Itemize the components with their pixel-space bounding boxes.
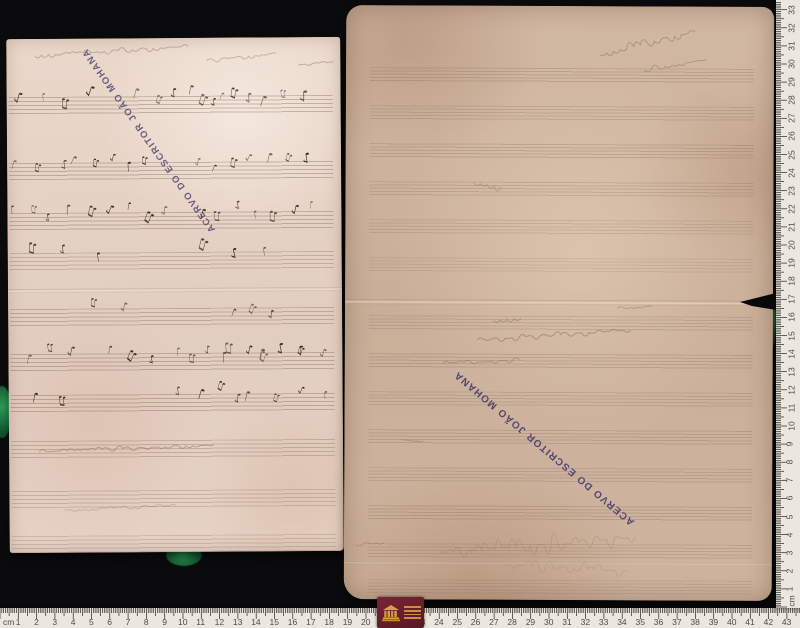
handwritten-note: ♪ [232, 198, 241, 210]
faint-handwriting [492, 311, 517, 327]
ruler-number: 33 [787, 5, 797, 14]
handwritten-note: ♪ [274, 339, 286, 355]
ruler-number: 2 [34, 617, 39, 627]
ruler-number: 2 [784, 568, 794, 573]
music-staff [12, 534, 336, 553]
music-staff [10, 352, 334, 371]
handwritten-note: ♩ [126, 159, 133, 172]
music-staff [369, 257, 753, 272]
handwritten-note: ♩ [65, 200, 72, 214]
ruler-number: 23 [787, 186, 797, 195]
ruler-number: 11 [786, 403, 796, 412]
music-staff [370, 143, 754, 158]
ruler-number: 10 [178, 617, 187, 627]
ruler-number: 3 [52, 617, 57, 627]
left-manuscript-page: ACERVO DO ESCRITOR JOÃO MOHANA ♪♩♫♪♩♫♪♩♫… [6, 37, 344, 553]
page-tear [725, 288, 785, 316]
handwritten-note: ♫ [140, 155, 150, 166]
handwritten-note: ♫ [211, 208, 224, 222]
music-staff [369, 353, 753, 368]
ruler-number: 34 [617, 617, 626, 627]
ruler-number: 25 [787, 150, 797, 159]
ruler-number: 3 [784, 550, 794, 555]
handwritten-note: ♫ [215, 379, 228, 393]
music-staff [369, 181, 753, 196]
handwritten-note: ♪ [173, 384, 183, 397]
music-staff [9, 211, 333, 230]
ruler-number: 38 [690, 617, 699, 627]
ruler-number: 30 [787, 59, 797, 68]
handwritten-note: ♪ [203, 344, 211, 355]
faint-handwriting [34, 40, 184, 61]
handwritten-note: ♫ [227, 155, 239, 169]
ruler-number: 32 [581, 617, 590, 627]
music-staff [369, 391, 753, 406]
music-staff [368, 467, 752, 482]
ruler-number: 27 [787, 114, 797, 123]
handwritten-note: ♫ [60, 96, 72, 110]
ruler-number: 24 [434, 617, 443, 627]
plaque-text-lines [404, 606, 421, 618]
music-staff [9, 161, 333, 180]
ruler-number: 9 [162, 617, 167, 627]
handwritten-note: ♩ [262, 245, 269, 257]
ruler-number: 9 [784, 442, 794, 447]
ruler-number: 35 [636, 617, 645, 627]
ruler-number: 31 [562, 617, 571, 627]
handwritten-note: ♪ [147, 352, 156, 364]
ruler-number: 25 [453, 617, 462, 627]
ruler-number: 11 [196, 617, 205, 627]
ruler-number: 30 [544, 617, 553, 627]
ruler-number: 15 [787, 331, 797, 340]
handwritten-note: ♪ [233, 392, 241, 405]
ruler-number: 43 [782, 617, 791, 627]
music-staff [10, 251, 334, 270]
handwritten-note: ♪ [267, 307, 274, 318]
music-staff [369, 219, 753, 234]
ruler-number: 8 [784, 460, 794, 465]
ruler-number: 26 [471, 617, 480, 627]
ruler-number: 12 [215, 617, 224, 627]
ruler-number: 7 [784, 478, 794, 483]
ruler-number: 42 [764, 617, 773, 627]
ruler-number: 17 [787, 295, 797, 304]
ruler-number: 16 [288, 617, 297, 627]
ruler-number: 18 [787, 276, 797, 285]
music-staff [368, 429, 752, 444]
music-staff [370, 67, 754, 82]
ruler-number: 29 [526, 617, 535, 627]
ruler-unit-label: cm [3, 617, 14, 627]
handwritten-note: ♪ [299, 87, 309, 102]
handwritten-note: ♪ [301, 149, 312, 164]
ruler-unit-label: cm [787, 595, 797, 606]
ruler-number: 17 [306, 617, 315, 627]
ruler-number: 6 [784, 496, 794, 501]
ruler-number: 8 [144, 617, 149, 627]
handwritten-note: ♫ [187, 352, 198, 364]
ruler-number: 20 [361, 617, 370, 627]
handwritten-note: ♩ [41, 91, 47, 102]
handwritten-note: ♫ [33, 161, 44, 173]
faint-handwriting [356, 536, 379, 549]
handwritten-note: ♫ [44, 340, 56, 352]
ruler-number: 28 [507, 617, 516, 627]
handwritten-note: ♫ [278, 87, 289, 99]
handwritten-note: ♪ [59, 157, 68, 170]
handwritten-note: ♫ [154, 93, 165, 105]
fold-crease [8, 287, 342, 293]
ruler-number: 21 [787, 222, 797, 231]
ruler-number: 14 [251, 617, 260, 627]
ruler-number: 32 [787, 23, 797, 32]
handwritten-note: ♫ [89, 297, 99, 309]
handwritten-note: ♩ [107, 342, 114, 354]
ruler-number: 6 [107, 617, 112, 627]
handwritten-note: ♫ [222, 340, 236, 355]
ruler-number: 18 [324, 617, 333, 627]
handwritten-note: ♫ [228, 85, 241, 100]
handwritten-note: ♪ [58, 242, 67, 255]
ruler-number: 7 [126, 617, 131, 627]
photo-scene: ACERVO DO ESCRITOR JOÃO MOHANA ♪♩♫♪♩♫♪♩♫… [0, 0, 800, 628]
ruler-number: 24 [787, 168, 797, 177]
handwritten-note: ♩ [126, 200, 132, 211]
handwritten-note: ♩ [187, 81, 195, 95]
ruler-number: 29 [787, 77, 797, 86]
ruler-number: 19 [787, 258, 797, 267]
ruler-number: 16 [787, 313, 797, 322]
ruler-number: 14 [787, 349, 797, 358]
ruler-number: 37 [672, 617, 681, 627]
ruler-number: 1 [16, 617, 21, 627]
faint-handwriting [472, 172, 501, 196]
ruler-number: 5 [784, 514, 794, 519]
ruler-number: 1 [784, 587, 794, 592]
faint-handwriting [402, 433, 423, 447]
fold-crease [345, 299, 773, 306]
ruler-number: 15 [270, 617, 279, 627]
ruler-number: 10 [787, 421, 797, 430]
ruler-number: 12 [787, 385, 797, 394]
ruler-number: 5 [89, 617, 94, 627]
handwritten-note: ♩ [323, 389, 328, 400]
handwritten-note: ♪ [210, 95, 217, 106]
ruler-number: 41 [745, 617, 754, 627]
handwritten-note: ♪ [228, 244, 239, 259]
handwritten-note: ♫ [267, 208, 279, 222]
ruler-number: 31 [787, 41, 797, 50]
ruler-number: 4 [71, 617, 76, 627]
music-staff [368, 579, 752, 594]
handwritten-note: ♫ [30, 203, 39, 214]
music-staff [10, 307, 334, 326]
faint-handwriting [298, 58, 333, 69]
handwritten-note: ♫ [27, 241, 39, 255]
handwritten-note: ♫ [271, 392, 282, 404]
ruler-number: 13 [787, 367, 797, 376]
archive-plaque [377, 597, 424, 628]
ruler-number: 13 [233, 617, 242, 627]
ruler-number: 27 [489, 617, 498, 627]
ruler-number: 39 [709, 617, 718, 627]
handwritten-note: ♪ [108, 150, 117, 162]
ruler-number: 33 [599, 617, 608, 627]
music-staff [370, 105, 754, 120]
handwritten-note: ♪ [160, 203, 168, 215]
handwritten-note: ♩ [10, 203, 16, 214]
archive-stamp: ACERVO DO ESCRITOR JOÃO MOHANA [80, 46, 218, 234]
institution-building-icon [381, 604, 401, 622]
ruler-number: 20 [787, 240, 797, 249]
handwritten-note: ♩ [309, 198, 314, 208]
handwritten-note: ♪ [169, 85, 178, 98]
ruler-number: 19 [343, 617, 352, 627]
ruler-number: 4 [784, 532, 794, 537]
faint-handwriting [206, 48, 277, 66]
handwritten-note: ♩ [176, 345, 182, 357]
ruler-number: 26 [787, 132, 797, 141]
ruler-number: 40 [727, 617, 736, 627]
ruler-number: 22 [787, 204, 797, 213]
right-manuscript-page: ACERVO DO ESCRITOR JOÃO MOHANA [344, 5, 775, 601]
handwritten-note: ♪ [244, 89, 253, 103]
ruler-number: 28 [787, 95, 797, 104]
ruler-number: 36 [654, 617, 663, 627]
